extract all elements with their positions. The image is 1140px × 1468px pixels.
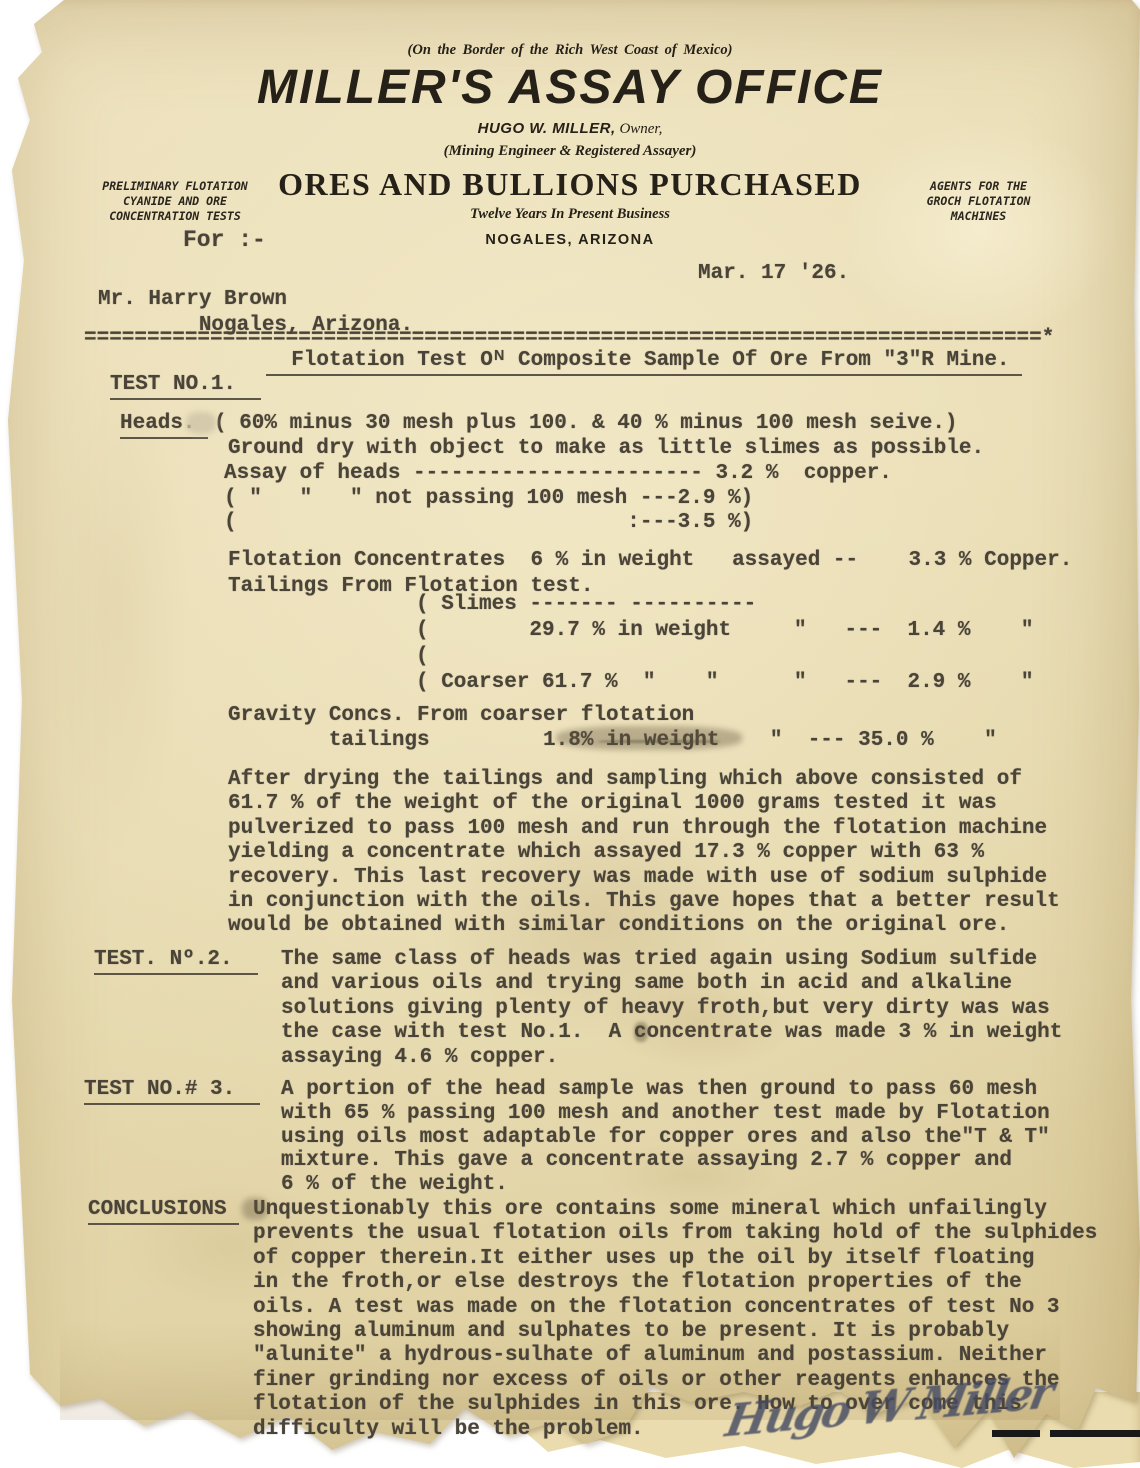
test3-heading: TEST NO.# 3. bbox=[84, 1078, 260, 1105]
letterhead-tagline: (On the Border of the Rich West Coast of… bbox=[0, 42, 1140, 59]
tailings-brace-block: ( Slimes ------- ---------- ( 29.7 % in … bbox=[416, 592, 1034, 696]
owner-name: HUGO W. MILLER, bbox=[478, 120, 616, 137]
erasure-smudge bbox=[556, 726, 742, 750]
date-line: Mar. 17 '26. bbox=[698, 262, 849, 286]
conclusions-heading: CONCLUSIONS bbox=[88, 1198, 239, 1225]
services-right: AGENTS FOR THE GROCH FLOTATION MACHINES bbox=[896, 179, 1061, 224]
erasure-smudge bbox=[186, 412, 216, 434]
company-name: MILLER'S ASSAY OFFICE bbox=[0, 60, 1140, 115]
strikeout-mark bbox=[598, 740, 720, 743]
subject-line: Flotation Test Oᴺ Composite Sample Of Or… bbox=[266, 349, 1022, 376]
overstrike-mark bbox=[634, 1022, 648, 1042]
signature-underline-mark bbox=[1050, 1430, 1140, 1437]
test1-heading: TEST NO.1. bbox=[110, 373, 261, 400]
grind-note-line: Ground dry with object to make as little… bbox=[228, 437, 984, 461]
heads-spec-line: ( 60% minus 30 mesh plus 100. & 40 % min… bbox=[214, 412, 958, 436]
assay-heads-line: Assay of heads ----------------------- 3… bbox=[224, 462, 892, 486]
erasure-smudge bbox=[242, 1198, 268, 1220]
owner-title: Owner, bbox=[616, 121, 663, 137]
test2-paragraph: The same class of heads was tried again … bbox=[281, 948, 1062, 1070]
test2-heading: TEST. Nº.2. bbox=[94, 948, 258, 975]
signature-underline-mark bbox=[992, 1430, 1040, 1437]
scanned-letter-page: (On the Border of the Rich West Coast of… bbox=[0, 0, 1140, 1468]
for-label: For :- bbox=[183, 228, 266, 252]
test3-paragraph: A portion of the head sample was then gr… bbox=[281, 1078, 1050, 1197]
owner-line: HUGO W. MILLER, Owner, bbox=[0, 120, 1140, 138]
test1-paragraph: After drying the tailings and sampling w… bbox=[228, 768, 1060, 939]
city-line: NOGALES, ARIZONA bbox=[0, 232, 1140, 248]
assay-paren-block: ( " " " not passing 100 mesh ---2.9 %) (… bbox=[224, 487, 753, 536]
separator-line: ========================================… bbox=[84, 327, 1054, 351]
credentials-line: (Mining Engineer & Registered Assayer) bbox=[0, 143, 1140, 160]
